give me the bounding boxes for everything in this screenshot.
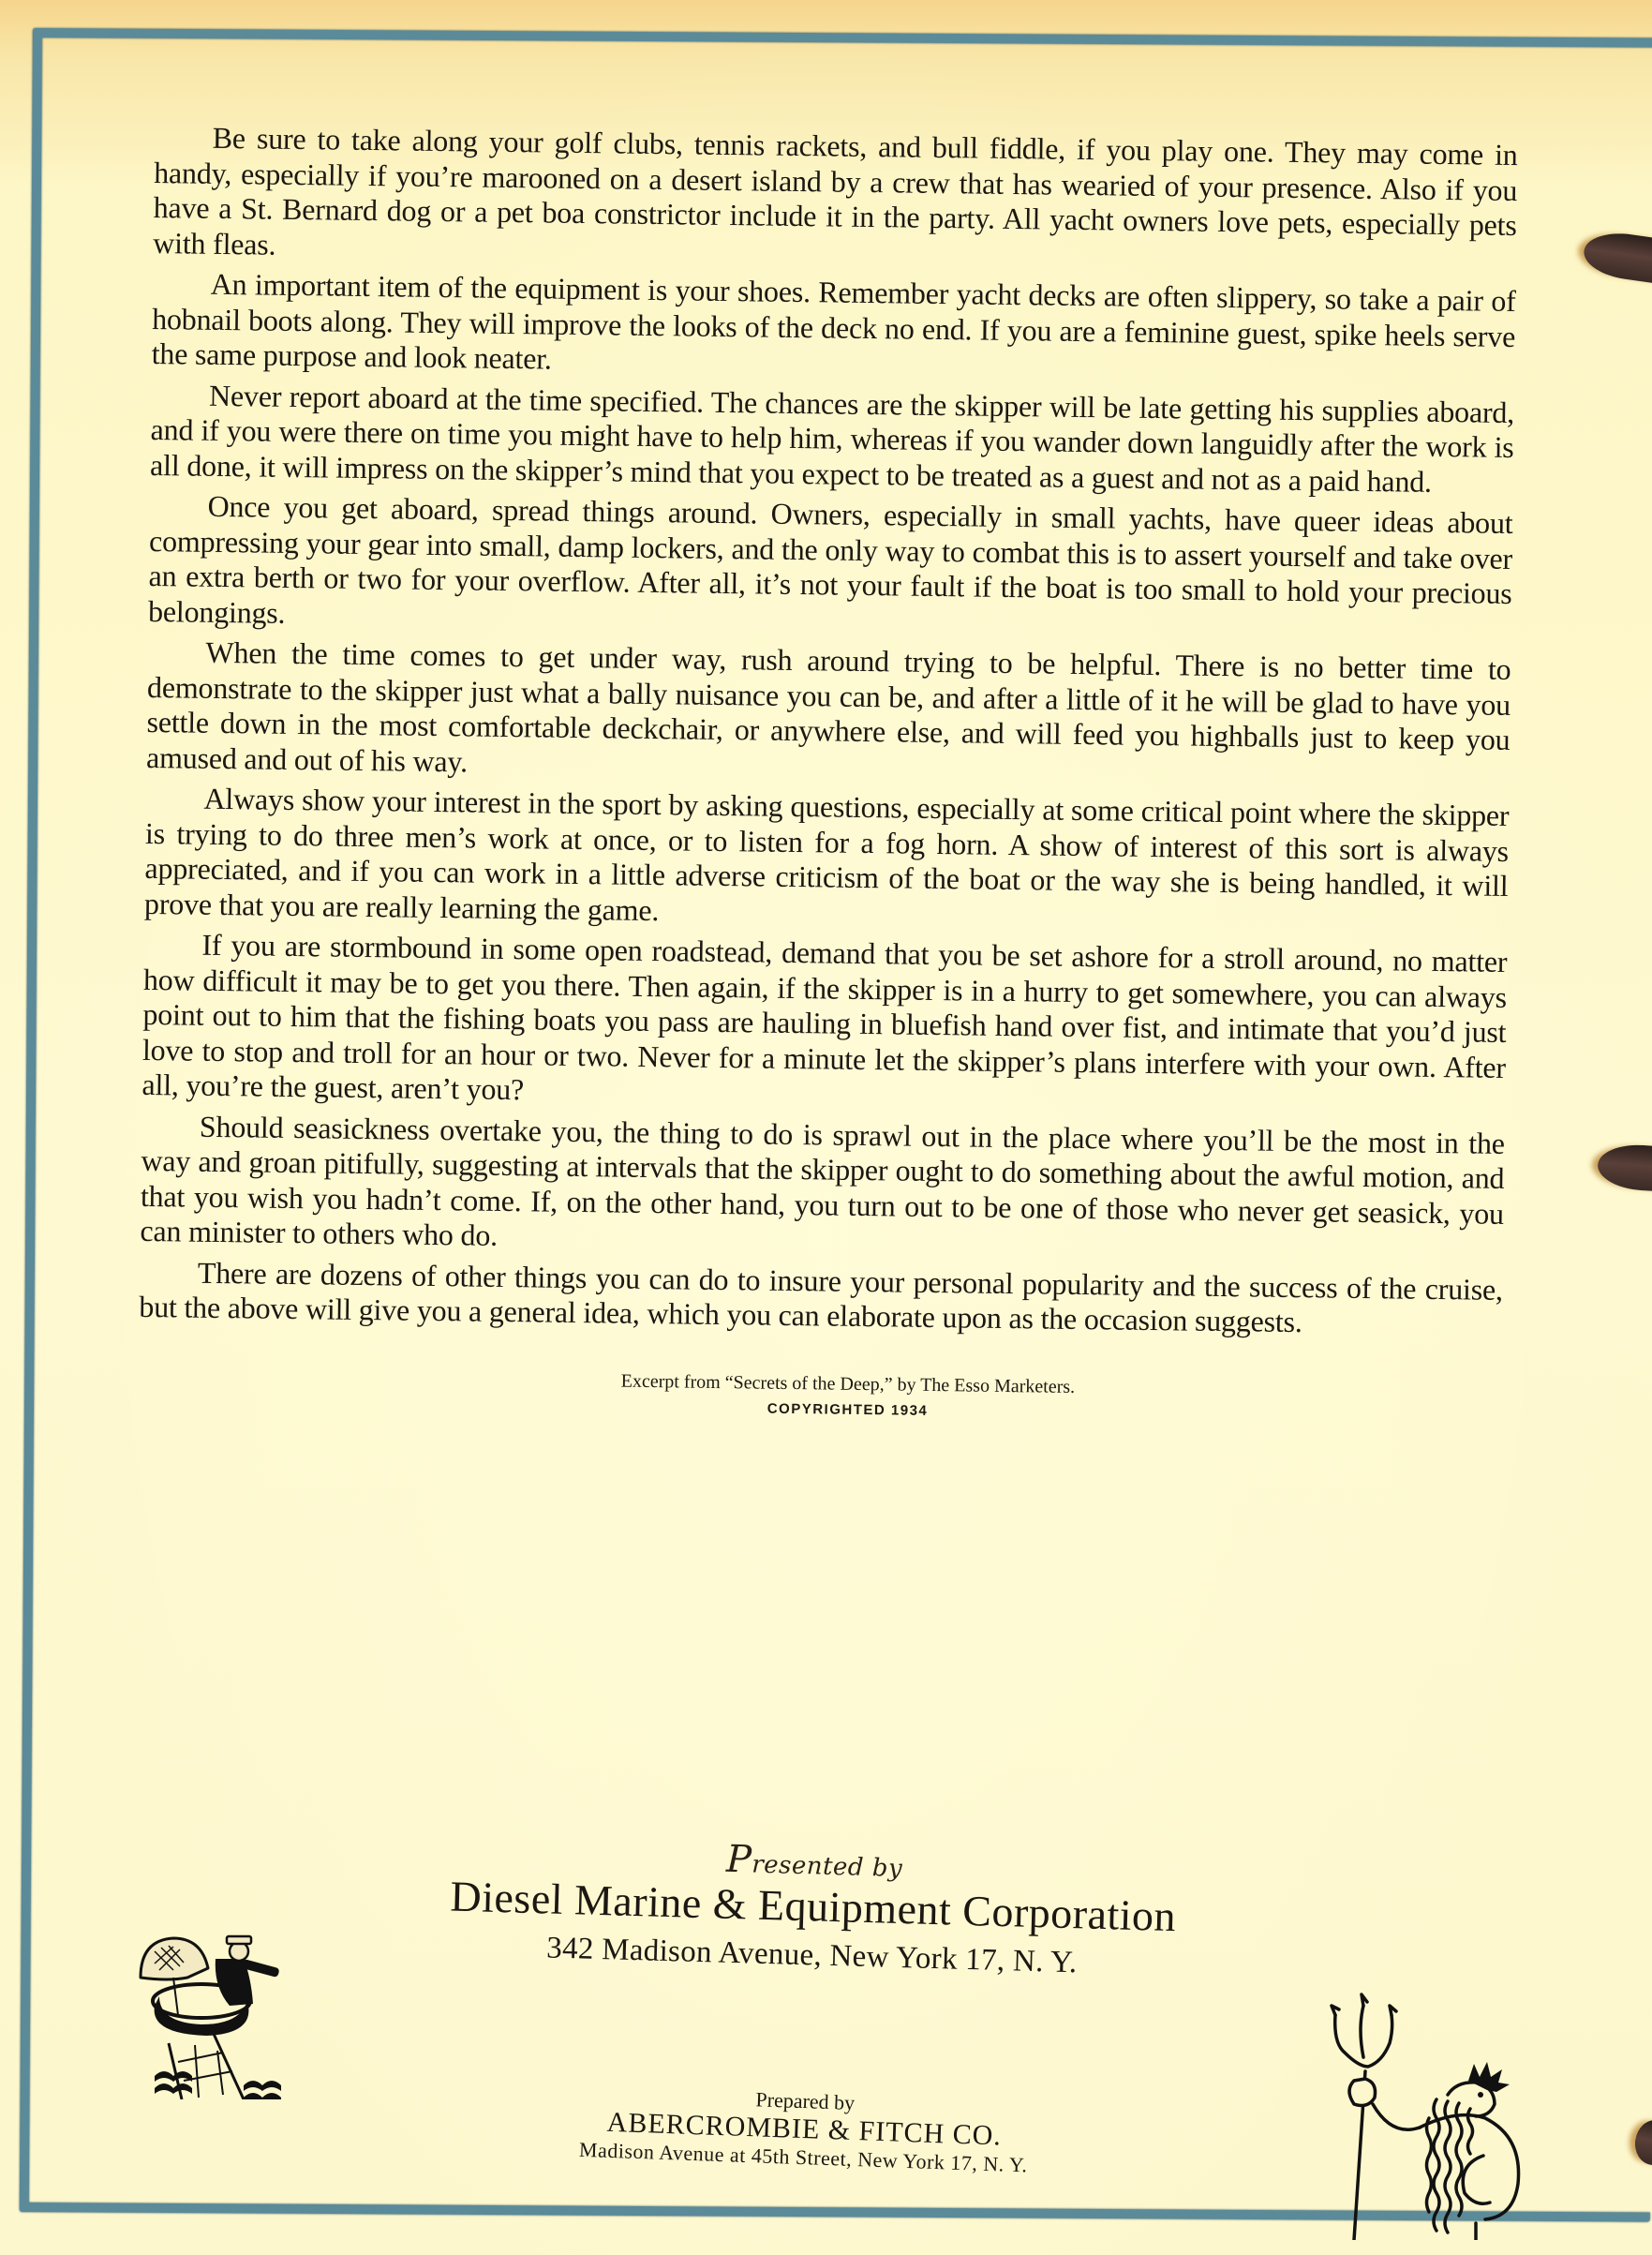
excerpt-attribution: Excerpt from “Secrets of the Deep,” by T… bbox=[621, 1370, 1076, 1396]
paragraph: There are dozens of other things you can… bbox=[139, 1254, 1503, 1342]
paragraph: Should seasickness overtake you, the thi… bbox=[140, 1108, 1505, 1266]
paragraph: When the time comes to get under way, ru… bbox=[146, 635, 1511, 793]
paragraph: Always show your interest in the sport b… bbox=[144, 781, 1510, 939]
paragraph: If you are stormbound in some open roads… bbox=[141, 927, 1507, 1121]
article-body: Be sure to take along your golf clubs, t… bbox=[138, 120, 1518, 1430]
neptune-trident-icon bbox=[1317, 1978, 1532, 2240]
paragraph: Be sure to take along your golf clubs, t… bbox=[153, 120, 1518, 278]
sponsor-block: Presented by Diesel Marine & Equipment C… bbox=[362, 1828, 1265, 1986]
paragraph: Once you get aboard, spread things aroun… bbox=[148, 488, 1513, 647]
lookout-sailor-icon bbox=[103, 1884, 300, 2099]
paragraph: Never report aboard at the time specifie… bbox=[150, 377, 1514, 500]
paragraph: An important item of the equipment is yo… bbox=[151, 266, 1515, 390]
